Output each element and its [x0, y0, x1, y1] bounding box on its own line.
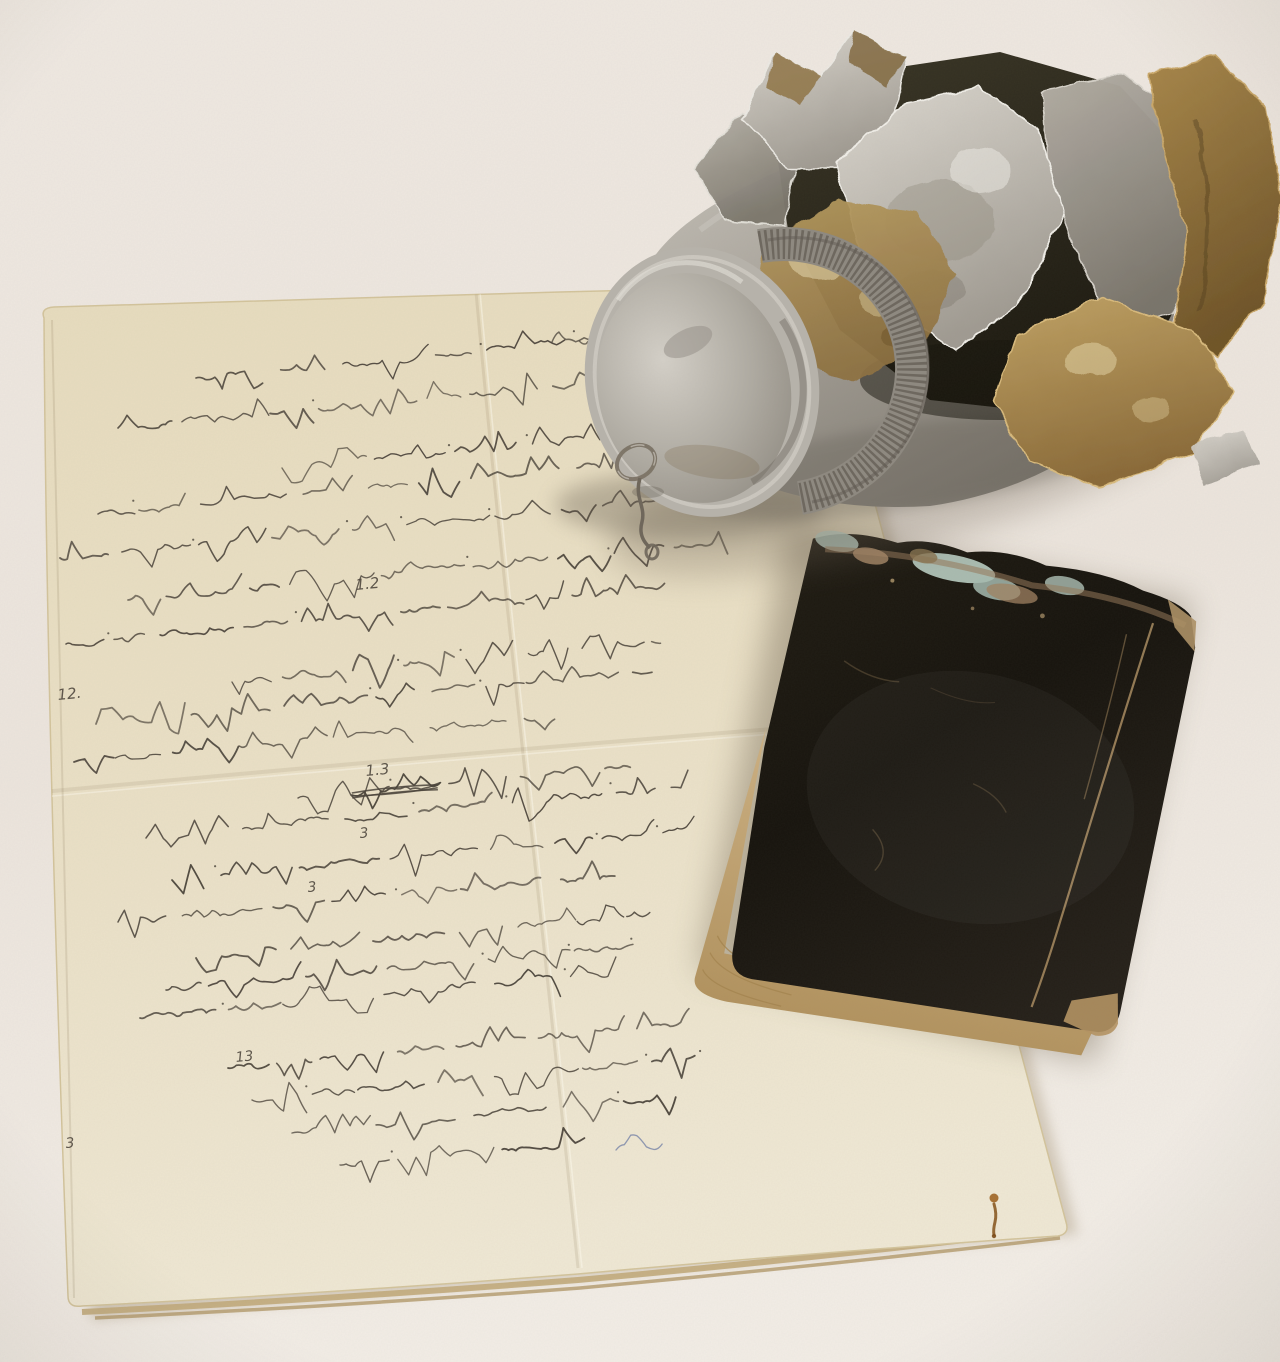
vignette-overlay: [0, 0, 1280, 1362]
artifact-photo: Archival photograph: a handwritten Yiddi…: [0, 0, 1280, 1362]
screenshot-root: Archival photograph: a handwritten Yiddi…: [0, 0, 1280, 1362]
